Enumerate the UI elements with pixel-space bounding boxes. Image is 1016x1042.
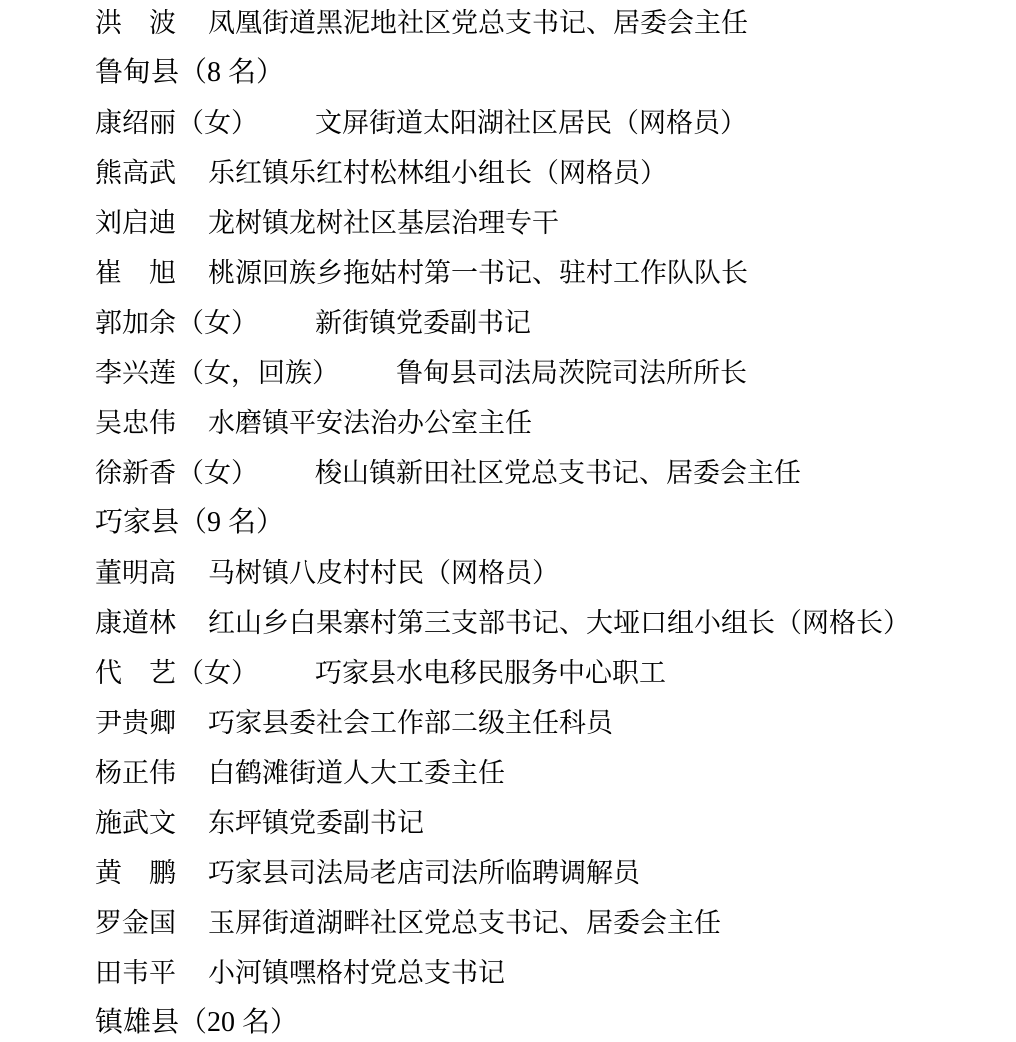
person-title: 马树镇八皮村村民（网格员）	[208, 550, 559, 596]
person-title: 乐红镇乐红村松林组小组长（网格员）	[208, 150, 667, 196]
person-name: 施武文	[95, 800, 177, 846]
person-name: 尹贵卿	[95, 700, 177, 746]
person-title: 东坪镇党委副书记	[208, 800, 424, 846]
person-name: 郭加余	[95, 300, 177, 346]
person-qualifier: （女）	[177, 650, 258, 696]
person-row: 洪 波凤凰街道黑泥地社区党总支书记、居委会主任	[95, 0, 1016, 50]
person-row: 熊高武乐红镇乐红村松林组小组长（网格员）	[95, 150, 1016, 200]
person-qualifier: （女）	[177, 450, 258, 496]
person-row: 施武文东坪镇党委副书记	[95, 800, 1016, 850]
person-title: 鲁甸县司法局茨院司法所所长	[396, 350, 747, 396]
county-header-label: 鲁甸县（8 名）	[95, 57, 284, 88]
person-name: 洪 波	[95, 0, 177, 46]
person-title: 凤凰街道黑泥地社区党总支书记、居委会主任	[208, 0, 748, 46]
person-name: 李兴莲	[95, 350, 177, 396]
person-title: 巧家县委社会工作部二级主任科员	[208, 700, 613, 746]
person-title: 巧家县水电移民服务中心职工	[315, 650, 666, 696]
person-row: 崔 旭桃源回族乡拖姑村第一书记、驻村工作队队长	[95, 250, 1016, 300]
person-title: 新街镇党委副书记	[315, 300, 531, 346]
person-title: 梭山镇新田社区党总支书记、居委会主任	[315, 450, 801, 496]
person-name: 杨正伟	[95, 750, 177, 796]
person-name: 康道林	[95, 600, 177, 646]
person-row: 吴忠伟水磨镇平安法治办公室主任	[95, 400, 1016, 450]
person-title: 白鹤滩街道人大工委主任	[208, 750, 505, 796]
county-header-label: 巧家县（9 名）	[95, 507, 284, 538]
person-title: 小河镇嘿格村党总支书记	[208, 950, 505, 996]
person-qualifier: （女）	[177, 100, 258, 146]
person-row: 田韦平小河镇嘿格村党总支书记	[95, 950, 1016, 1000]
person-title: 巧家县司法局老店司法所临聘调解员	[208, 850, 640, 896]
person-title: 红山乡白果寨村第三支部书记、大垭口组小组长（网格长）	[208, 600, 910, 646]
person-title: 玉屏街道湖畔社区党总支书记、居委会主任	[208, 900, 721, 946]
county-header: 鲁甸县（8 名）	[95, 50, 1016, 100]
person-row: 代 艺（女）巧家县水电移民服务中心职工	[95, 650, 1016, 700]
person-name: 康绍丽	[95, 100, 177, 146]
person-row: 杨正伟白鹤滩街道人大工委主任	[95, 750, 1016, 800]
person-name: 田韦平	[95, 950, 177, 996]
person-row: 康绍丽（女）文屏街道太阳湖社区居民（网格员）	[95, 100, 1016, 150]
person-name: 董明高	[95, 550, 177, 596]
county-header: 镇雄县（20 名）	[95, 1000, 1016, 1042]
award-name-list: 洪 波凤凰街道黑泥地社区党总支书记、居委会主任 鲁甸县（8 名） 康绍丽（女）文…	[95, 0, 1016, 1042]
person-row: 尹贵卿巧家县委社会工作部二级主任科员	[95, 700, 1016, 750]
person-row: 徐新香（女）梭山镇新田社区党总支书记、居委会主任	[95, 450, 1016, 500]
person-row: 黄 鹏巧家县司法局老店司法所临聘调解员	[95, 850, 1016, 900]
person-row: 董明高马树镇八皮村村民（网格员）	[95, 550, 1016, 600]
person-name: 代 艺	[95, 650, 177, 696]
person-title: 桃源回族乡拖姑村第一书记、驻村工作队队长	[208, 250, 748, 296]
person-name: 刘启迪	[95, 200, 177, 246]
person-qualifier: （女，回族）	[177, 350, 339, 396]
person-name: 熊高武	[95, 150, 177, 196]
person-name: 罗金国	[95, 900, 177, 946]
person-name: 黄 鹏	[95, 850, 177, 896]
person-row: 郭加余（女）新街镇党委副书记	[95, 300, 1016, 350]
person-row: 康道林红山乡白果寨村第三支部书记、大垭口组小组长（网格长）	[95, 600, 1016, 650]
county-header: 巧家县（9 名）	[95, 500, 1016, 550]
person-name: 徐新香	[95, 450, 177, 496]
document-page: 洪 波凤凰街道黑泥地社区党总支书记、居委会主任 鲁甸县（8 名） 康绍丽（女）文…	[0, 0, 1016, 1042]
person-title: 水磨镇平安法治办公室主任	[208, 400, 532, 446]
person-title: 文屏街道太阳湖社区居民（网格员）	[315, 100, 747, 146]
person-name: 崔 旭	[95, 250, 177, 296]
county-header-label: 镇雄县（20 名）	[95, 1007, 298, 1038]
person-row: 罗金国玉屏街道湖畔社区党总支书记、居委会主任	[95, 900, 1016, 950]
person-name: 吴忠伟	[95, 400, 177, 446]
person-title: 龙树镇龙树社区基层治理专干	[208, 200, 559, 246]
person-row: 刘启迪龙树镇龙树社区基层治理专干	[95, 200, 1016, 250]
person-row: 李兴莲（女，回族）鲁甸县司法局茨院司法所所长	[95, 350, 1016, 400]
person-qualifier: （女）	[177, 300, 258, 346]
